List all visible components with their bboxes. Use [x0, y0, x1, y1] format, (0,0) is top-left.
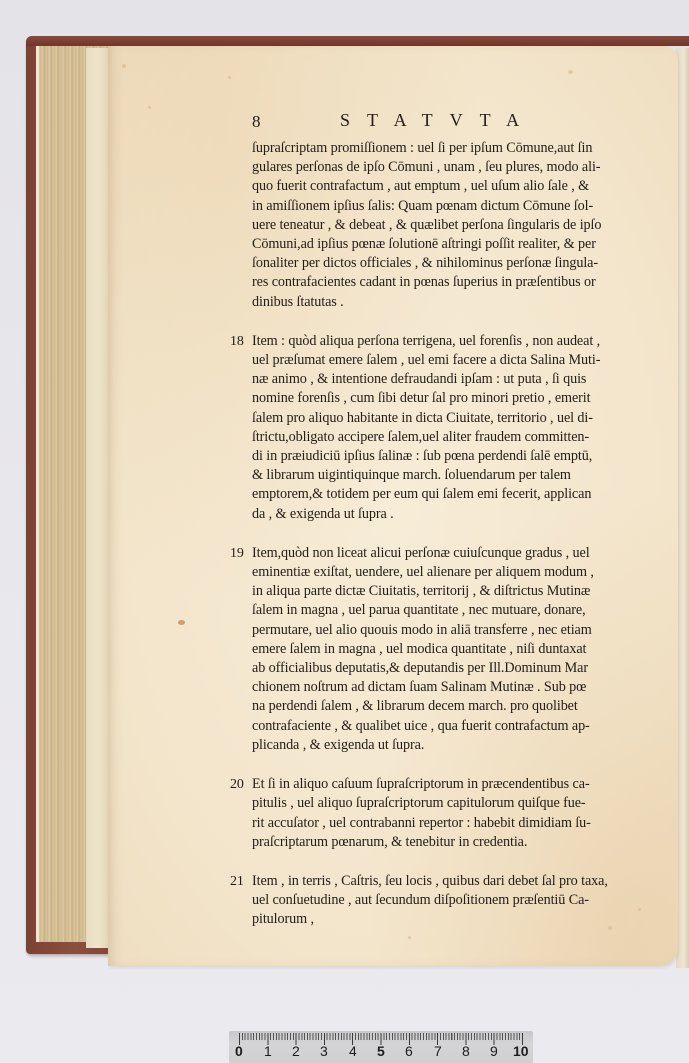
item-number: 20 [230, 775, 244, 794]
book-binding-top-edge [26, 36, 689, 46]
text-line: pitulis , uel aliquo ſupraſcriptorum cap… [252, 794, 647, 813]
scale-ruler: 0 1 2 3 4 5 6 7 8 9 10 [229, 1031, 533, 1063]
text-line: eminentiæ exiſtat, uendere, uel alienare… [252, 563, 647, 582]
text-line: Item , in terris , Caſtris, ſeu locis , … [252, 872, 647, 891]
ruler-label-7: 7 [434, 1043, 442, 1059]
text-line: ſupraſcriptam promiſſionem : uel ſi per … [252, 139, 647, 158]
opening-paragraph: ſupraſcriptam promiſſionem : uel ſi per … [252, 139, 647, 312]
text-line: uel præſumat emere ſalem , uel emi facer… [252, 351, 647, 370]
text-line: dinibus ſtatutas . [252, 293, 647, 312]
foxing-spot [148, 106, 151, 109]
foxing-spot [408, 936, 411, 939]
text-line: rit accuſator , uel contrabanni repertor… [252, 814, 647, 833]
text-line: chionem noſtrum ad dictam ſuam Salinam M… [252, 678, 647, 697]
text-line: plicanda , & exigenda ut ſupra. [252, 736, 647, 755]
statute-item-20: 20 Et ſi in aliquo caſuum ſupraſcriptoru… [252, 775, 647, 852]
text-line: & librarum uigintiquinque march. ſoluend… [252, 466, 647, 485]
running-head: 8 STATVTA [252, 112, 647, 136]
text-line: ſalem in magna , uel parua quantitate , … [252, 601, 647, 620]
item-number: 21 [230, 872, 244, 891]
ruler-label-0: 0 [235, 1043, 243, 1059]
foxing-spot [568, 70, 573, 74]
item-number: 19 [230, 544, 244, 563]
text-line: res contrafacientes cadant in pœnas ſupe… [252, 273, 647, 292]
item-number: 18 [230, 332, 244, 351]
ruler-label-10: 10 [513, 1043, 529, 1059]
ruler-label-2: 2 [292, 1043, 300, 1059]
text-line: gulares perſonas de ipſo Cōmuni , unam ,… [252, 158, 647, 177]
text-line: in amiſſionem ipſius ſalis: Quam pœnam d… [252, 197, 647, 216]
text-line: ſtrictu,obligato accipere ſalem,uel alit… [252, 428, 647, 447]
text-line: na perdendi ſalem , & librarum decem mar… [252, 697, 647, 716]
catchword: pitulorum , [252, 910, 647, 929]
text-line: Et ſi in aliquo caſuum ſupraſcriptorum i… [252, 775, 647, 794]
text-line: næ animo , & intentione defraudandi ipſa… [252, 370, 647, 389]
text-line: Item,quòd non liceat alicui perſonæ cuiu… [252, 544, 647, 563]
statute-item-18: 18 Item : quòd aliqua perſona terrigena,… [252, 332, 647, 524]
ruler-label-3: 3 [320, 1043, 328, 1059]
text-line: emere ſalem in magna , uel modica quanti… [252, 640, 647, 659]
text-line: Item : quòd aliqua perſona terrigena, ue… [252, 332, 647, 351]
text-line: emptorem,& totidem per eum qui ſalem emi… [252, 485, 647, 504]
ruler-label-4: 4 [349, 1043, 357, 1059]
foxing-spot [228, 76, 231, 79]
text-line: praſcriptarum pœnarum, & tenebitur in cr… [252, 833, 647, 852]
text-line: ab officialibus deputatis,& deputandis p… [252, 659, 647, 678]
text-line: contrafaciente , & qualibet uice , qua f… [252, 717, 647, 736]
text-line: in aliqua parte dictæ Ciuitatis, territo… [252, 582, 647, 601]
printed-text: 8 STATVTA ſupraſcriptam promiſſionem : u… [252, 112, 647, 930]
text-line: ſonaliter per dictos officiales , & nihi… [252, 254, 647, 273]
text-line: Cōmuni,ad ipſius pœnæ ſolutionē aſtringi… [252, 235, 647, 254]
foxing-spot [178, 620, 185, 625]
ruler-label-6: 6 [405, 1043, 413, 1059]
text-line: permutare, uel alio quouis modo in aliā … [252, 621, 647, 640]
running-head-title: STATVTA [340, 111, 536, 130]
ruler-label-9: 9 [490, 1043, 498, 1059]
ruler-label-5: 5 [377, 1043, 385, 1059]
text-line: da , & exigenda ut ſupra . [252, 505, 647, 524]
foxing-spot [122, 64, 126, 68]
text-line: quo fuerit contrafactum , aut emptum , u… [252, 177, 647, 196]
page-gutter [86, 48, 110, 948]
text-line: uere teneatur , & debeat , & quælibet pe… [252, 216, 647, 235]
text-line: nomine forenſis , cum ſibi detur ſal pro… [252, 389, 647, 408]
statute-item-21: 21 Item , in terris , Caſtris, ſeu locis… [252, 872, 647, 930]
text-line: uel conſuetudine , aut ſecundum diſpoſit… [252, 891, 647, 910]
ruler-label-1: 1 [264, 1043, 272, 1059]
text-line: ſalem pro aliquo habitante in dicta Ciui… [252, 409, 647, 428]
ruler-label-8: 8 [462, 1043, 470, 1059]
page-number: 8 [252, 112, 260, 131]
text-line: di in præiudiciū ipſius ſalinæ : ſub pœn… [252, 447, 647, 466]
statute-item-19: 19 Item,quòd non liceat alicui perſonæ c… [252, 544, 647, 755]
